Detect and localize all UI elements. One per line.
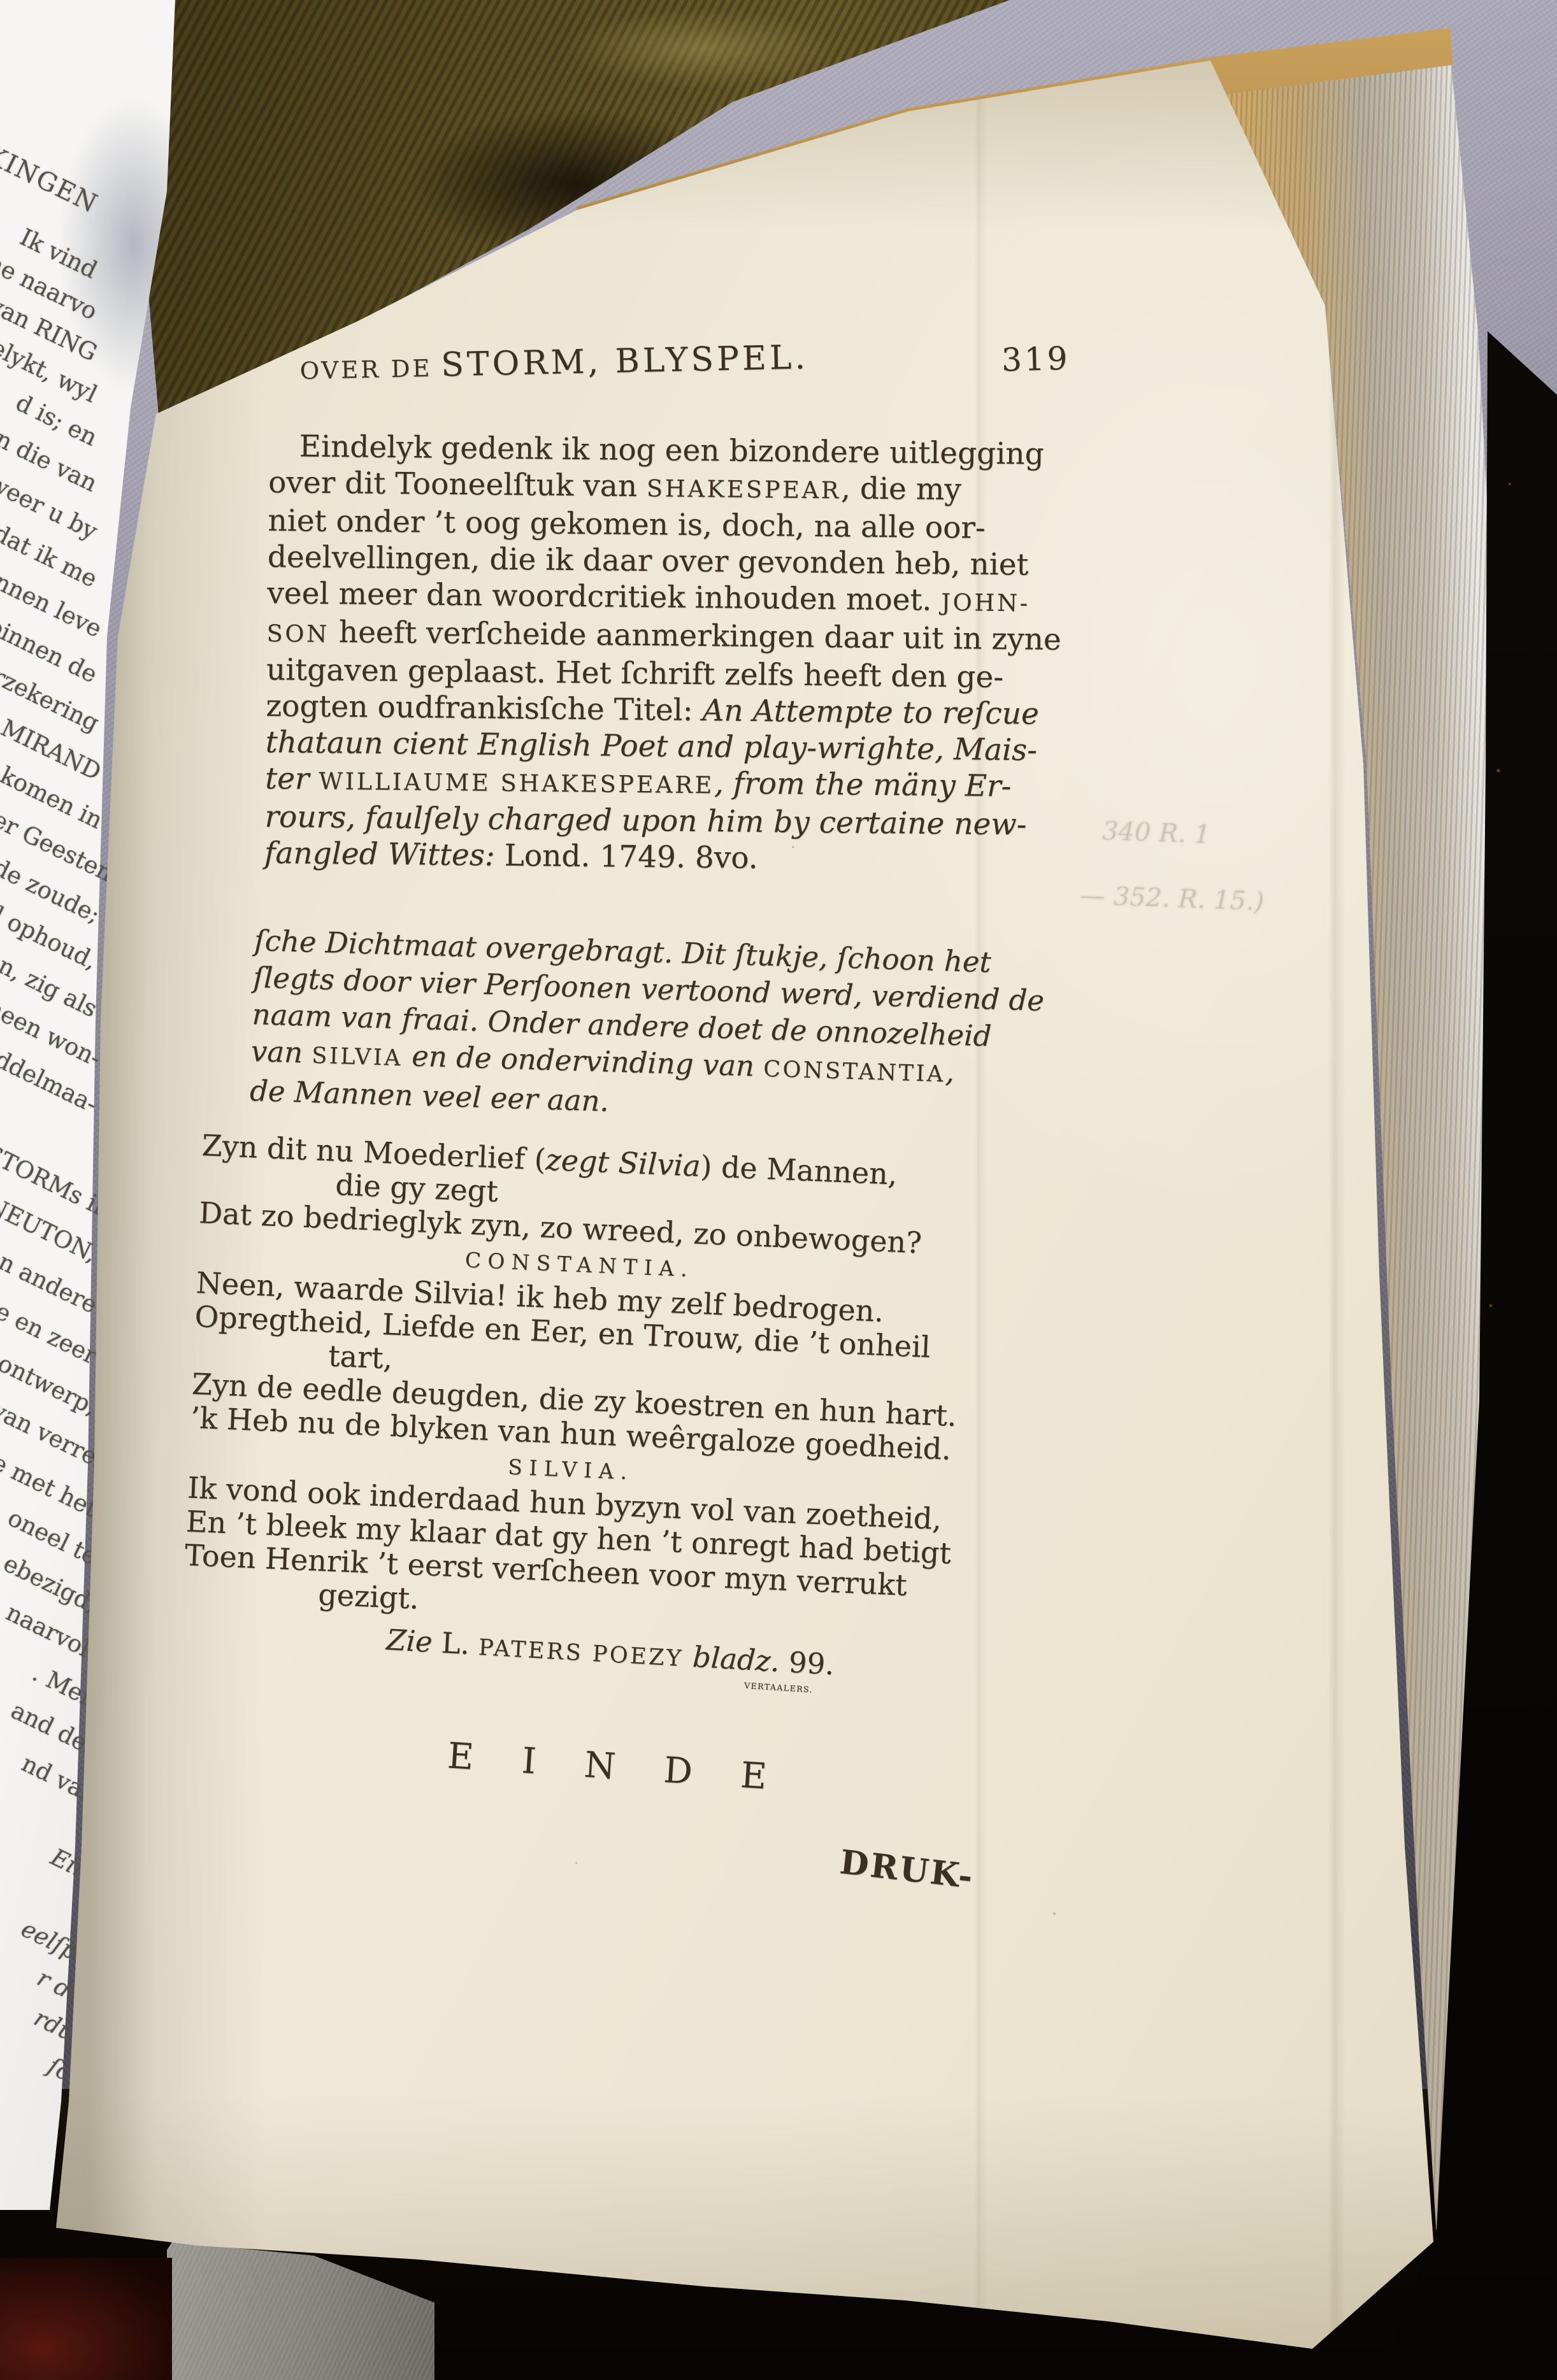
paragraph-italic-note: ſche Dichtmaat overgebragt. Dit ſtukje, … bbox=[249, 922, 1108, 1135]
running-title: over deSTORM, BLYSPEL. bbox=[299, 338, 809, 387]
show-through-ghost-text: 340 R. 1 bbox=[1101, 816, 1211, 850]
paragraph-commentary: Eindelyk gedenk ik nog een bizondere uit… bbox=[264, 428, 1110, 880]
finis-mark: E I N D E bbox=[446, 1735, 786, 1799]
book-photo: RKINGEN Ik vind ene naarvo van RING elyk… bbox=[0, 0, 1557, 2380]
source-citation: Zie L. Paters Poezy bladz. 99. bbox=[385, 1623, 835, 1681]
running-title-prefix: over de bbox=[299, 355, 433, 385]
catchword: DRUK- bbox=[838, 1842, 976, 1897]
running-title-main: STORM, BLYSPEL. bbox=[441, 338, 809, 384]
page-number: 319 bbox=[1001, 340, 1070, 379]
translators-signature: Vertaalers. bbox=[744, 1681, 814, 1695]
verse-quotation: Zyn dit nu Moederlief (zegt Silvia) de M… bbox=[183, 1129, 1132, 1644]
show-through-ghost-text: — 352. R. 15.) bbox=[1079, 881, 1265, 916]
page-content: over deSTORM, BLYSPEL. 319 Eindelyk gede… bbox=[0, 0, 1557, 2380]
